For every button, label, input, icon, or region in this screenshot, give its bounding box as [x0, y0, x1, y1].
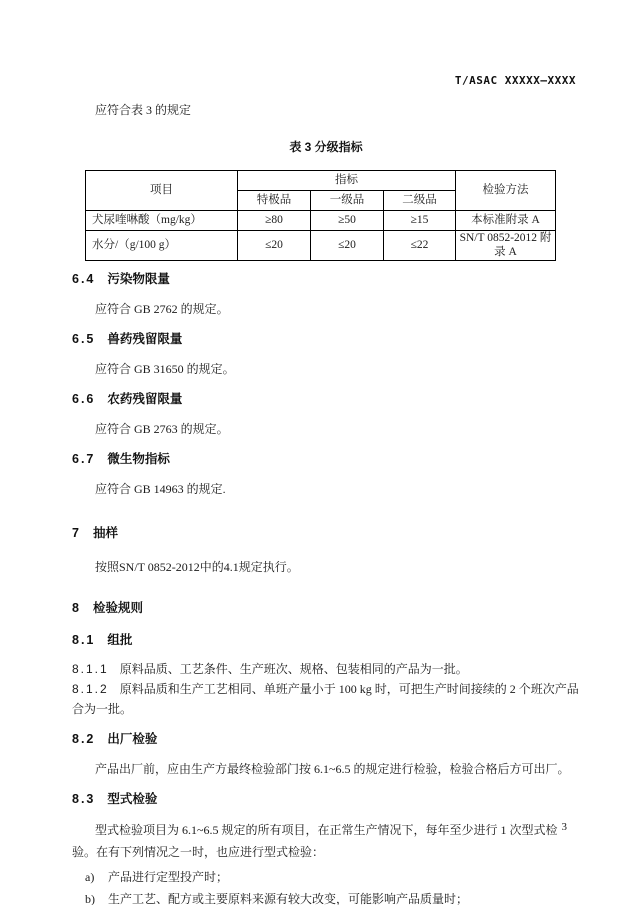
section-number: 6.7	[72, 452, 95, 467]
section-body-6-4: 应符合 GB 2762 的规定。	[72, 299, 580, 320]
section-body-8-2: 产品出厂前，应由生产方最终检验部门按 6.1~6.5 的规定进行检验，检验合格后…	[72, 759, 580, 780]
section-heading-6-4: 6.4污染物限量	[72, 272, 580, 287]
row-value: ≥50	[311, 211, 384, 231]
section-title: 微生物指标	[107, 452, 170, 466]
column-header-item: 项目	[86, 171, 238, 211]
chapter-heading-8: 8检验规则	[72, 601, 580, 616]
list-text: 产品进行定型投产时；	[108, 866, 228, 888]
table-row: 水分/（g/100 g） ≤20 ≤20 ≤22 SN/T 0852-2012 …	[86, 231, 556, 261]
page-content: 应符合表 3 的规定 表 3 分级指标 项目 指标 检验方法 特极品 一级品 二…	[72, 0, 580, 905]
section-heading-8-2: 8.2出厂检验	[72, 732, 580, 747]
section-number: 8.1	[72, 633, 95, 648]
section-number: 8.2	[72, 732, 95, 747]
column-header-grade-second: 二级品	[384, 191, 456, 211]
section-heading-6-6: 6.6农药残留限量	[72, 392, 580, 407]
row-value: ≥15	[384, 211, 456, 231]
clause-text: 原料品质、工艺条件、生产班次、规格、包装相同的产品为一批。	[120, 662, 468, 676]
section-title: 出厂检验	[107, 732, 157, 746]
column-header-indicator-group: 指标	[238, 171, 456, 191]
clause-8-1-2: 8.1.2原料品质和生产工艺相同、单班产量小于 100 kg 时，可把生产时间接…	[72, 679, 580, 719]
chapter-number: 8	[72, 601, 81, 616]
section-heading-6-7: 6.7微生物指标	[72, 452, 580, 467]
chapter-number: 7	[72, 526, 81, 541]
section-number: 6.4	[72, 272, 95, 287]
list-item-b: b) 生产工艺、配方或主要原料来源有较大改变，可能影响产品质量时；	[85, 888, 580, 905]
clause-text: 原料品质和生产工艺相同、单班产量小于 100 kg 时，可把生产时间接续的 2 …	[72, 682, 579, 716]
clause-number: 8.1.1	[72, 659, 109, 679]
section-body-8-3: 型式检验项目为 6.1~6.5 规定的所有项目，在正常生产情况下，每年至少进行 …	[72, 819, 580, 863]
column-header-grade-first: 一级品	[311, 191, 384, 211]
list-marker: a)	[85, 866, 108, 888]
section-heading-8-3: 8.3型式检验	[72, 792, 580, 807]
section-heading-6-5: 6.5兽药残留限量	[72, 332, 580, 347]
section-body-6-7: 应符合 GB 14963 的规定.	[72, 479, 580, 500]
section-title: 农药残留限量	[107, 392, 182, 406]
table-header-row-1: 项目 指标 检验方法	[86, 171, 556, 191]
section-number: 6.5	[72, 332, 95, 347]
clause-8-1-1: 8.1.1原料品质、工艺条件、生产班次、规格、包装相同的产品为一批。	[72, 659, 580, 679]
table3-caption: 表 3 分级指标	[72, 138, 580, 155]
row-value: ≤20	[311, 231, 384, 261]
row-method: 本标准附录 A	[456, 211, 556, 231]
column-header-grade-premium: 特极品	[238, 191, 311, 211]
row-value: ≤22	[384, 231, 456, 261]
clause-number: 8.1.2	[72, 679, 109, 699]
row-value: ≤20	[238, 231, 311, 261]
table-row: 犬尿喹啉酸（mg/kg） ≥80 ≥50 ≥15 本标准附录 A	[86, 211, 556, 231]
row-method: SN/T 0852-2012 附录 A	[456, 231, 556, 261]
section-body-6-5: 应符合 GB 31650 的规定。	[72, 359, 580, 380]
section-body-6-6: 应符合 GB 2763 的规定。	[72, 419, 580, 440]
section-title: 型式检验	[107, 792, 157, 806]
section-number: 8.3	[72, 792, 95, 807]
intro-paragraph: 应符合表 3 的规定	[72, 100, 580, 121]
list-item-a: a) 产品进行定型投产时；	[85, 866, 580, 888]
page-number: 3	[562, 821, 568, 833]
list-text: 生产工艺、配方或主要原料来源有较大改变，可能影响产品质量时；	[108, 888, 468, 905]
section-title: 组批	[107, 633, 132, 647]
row-item-label: 水分/（g/100 g）	[86, 231, 238, 261]
section-title: 兽药残留限量	[107, 332, 182, 346]
chapter-title: 抽样	[93, 526, 118, 540]
section-body-7: 按照SN/T 0852-2012中的4.1规定执行。	[72, 557, 580, 578]
list-marker: b)	[85, 888, 108, 905]
row-value: ≥80	[238, 211, 311, 231]
chapter-title: 检验规则	[93, 601, 143, 615]
section-heading-8-1: 8.1组批	[72, 633, 580, 648]
grading-indicators-table: 项目 指标 检验方法 特极品 一级品 二级品 犬尿喹啉酸（mg/kg） ≥80 …	[85, 170, 556, 261]
column-header-method: 检验方法	[456, 171, 556, 211]
section-title: 污染物限量	[107, 272, 170, 286]
row-item-label: 犬尿喹啉酸（mg/kg）	[86, 211, 238, 231]
chapter-heading-7: 7抽样	[72, 526, 580, 541]
section-number: 6.6	[72, 392, 95, 407]
document-page: T/ASAC XXXXX—XXXX 应符合表 3 的规定 表 3 分级指标 项目…	[0, 0, 640, 905]
